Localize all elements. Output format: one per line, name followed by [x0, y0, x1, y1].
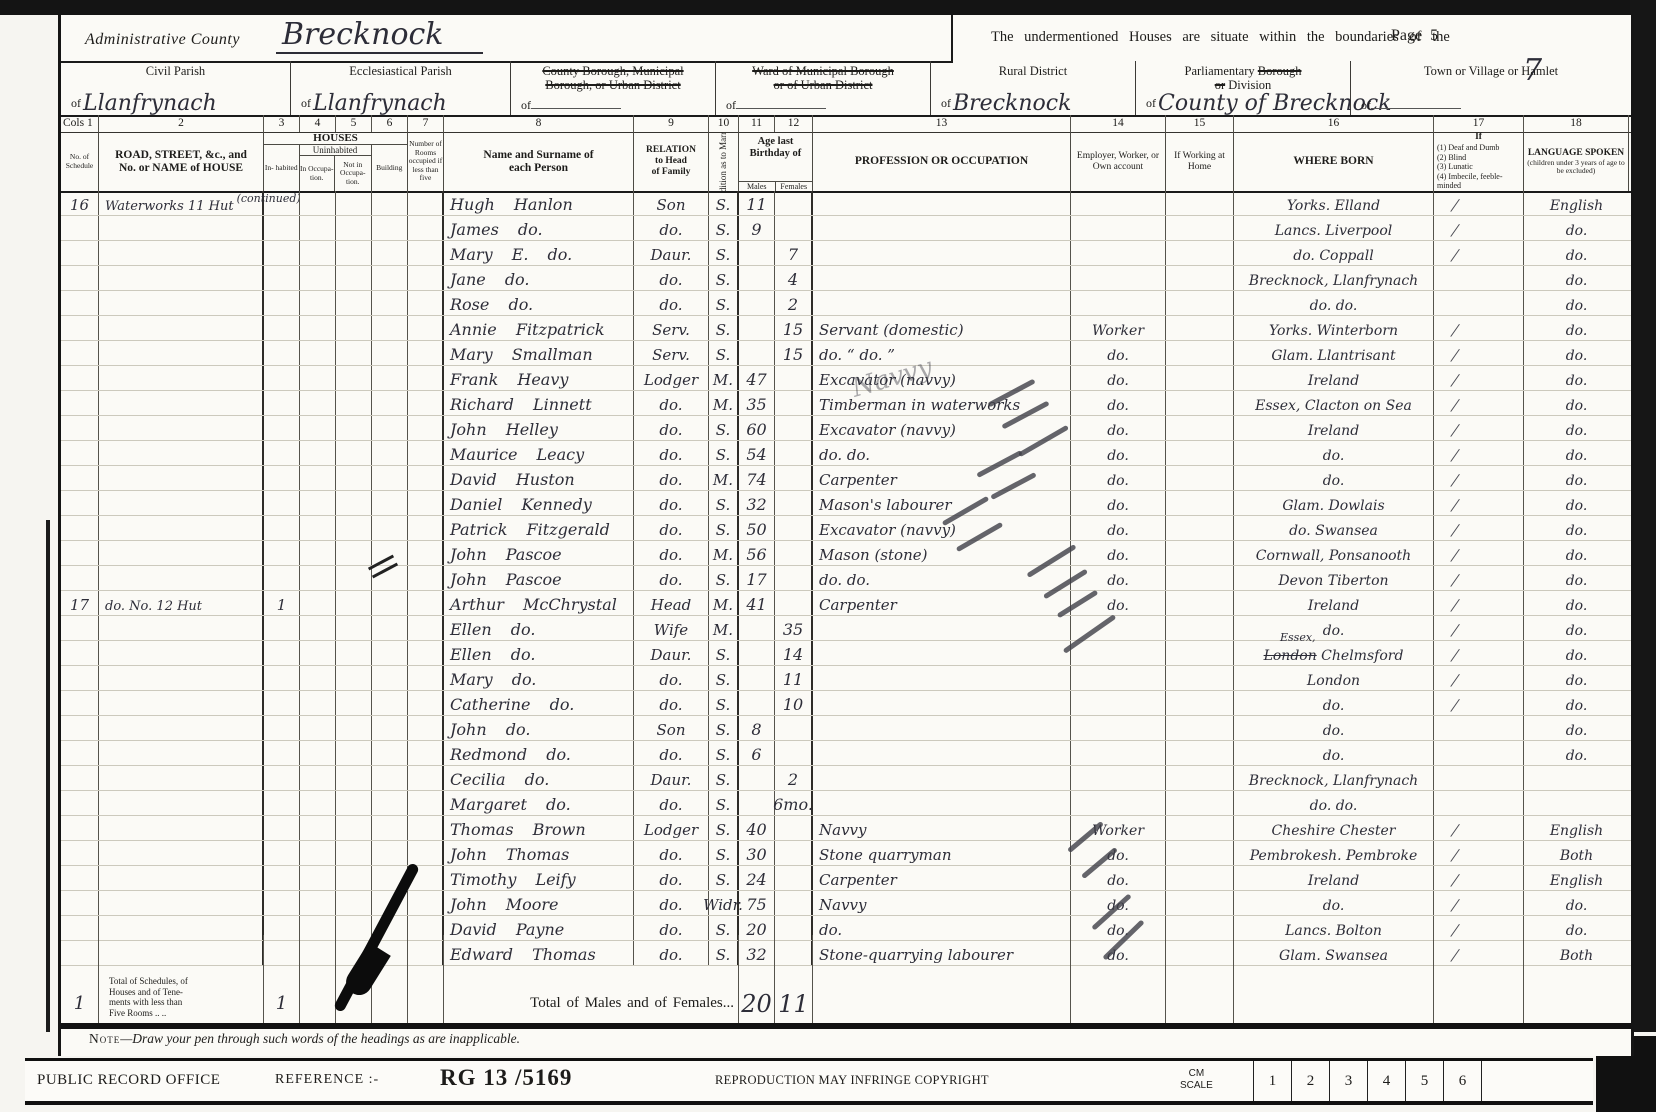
table-row: John Thomasdo.S.30Stone quarrymando.Pemb… — [61, 841, 1631, 866]
person-name: John Pascoe — [450, 545, 562, 564]
person-name: James do. — [450, 220, 543, 239]
profession: Excavator (navvy) — [819, 521, 956, 539]
enumerator-tick: / — [1439, 895, 1459, 915]
infirmity-items: (1) Deaf and Dumb(2) Blind(3) Lunatic(4)… — [1434, 143, 1523, 191]
column-numbers-row: Cols 123456789101112131415161718 — [61, 115, 1631, 133]
marital-condition: S. — [716, 671, 731, 689]
age-female: 4 — [788, 270, 798, 289]
marital-condition: S. — [716, 246, 731, 264]
table-body: 16Waterworks 11 Hut(continued)Hugh Hanlo… — [61, 191, 1631, 966]
profession: do. “ do. ” — [819, 346, 895, 364]
language-spoken: do. — [1566, 473, 1588, 489]
col-relation-header: RELATION to Head of Family — [634, 132, 709, 191]
total-females-value: 11 — [778, 990, 809, 1022]
col-language-header: LANGUAGE SPOKEN (children under 3 years … — [1524, 132, 1629, 191]
cm-scale-box: 3 — [1329, 1061, 1367, 1101]
enumerator-tick: / — [1439, 845, 1459, 865]
district-box: Parliamentary Boroughor DivisionofCounty… — [1136, 61, 1351, 115]
birthplace: do. — [1323, 623, 1345, 639]
age-male: 6 — [751, 745, 761, 764]
relation: do. — [659, 221, 682, 239]
relation: do. — [659, 571, 682, 589]
age-female: 15 — [783, 320, 803, 339]
language-spoken: do. — [1566, 423, 1588, 439]
relation: Wife — [654, 621, 688, 639]
profession: Excavator (navvy) — [819, 421, 956, 439]
table-row: Cecilia do.Daur.S.2Brecknock, Llanfrynac… — [61, 766, 1631, 791]
col-houses-header: HOUSES In- habited Uninhabited In Occupa… — [264, 132, 408, 191]
language-spoken: Both — [1560, 848, 1593, 864]
house-name: do. No. 12 Hut — [105, 599, 202, 614]
marital-condition: S. — [716, 646, 731, 664]
person-name: Ellen do. — [450, 620, 535, 639]
profession: Navvy — [819, 821, 867, 839]
table-row: Daniel Kennedydo.S.32Mason's labourerdo.… — [61, 491, 1631, 516]
scan-edge-left — [46, 520, 50, 1032]
scan-edge-top — [0, 0, 1656, 15]
relation: Head — [651, 596, 692, 614]
district-value: Llanfrynach — [83, 91, 217, 116]
birthplace: Essex, Clacton on Sea — [1255, 398, 1412, 414]
enumerator-tick: / — [1439, 670, 1459, 690]
person-name: Rose do. — [450, 295, 533, 314]
enumerator-tick: / — [1439, 495, 1459, 515]
person-name: John Pascoe — [450, 570, 562, 589]
column-number: 16 — [1234, 115, 1434, 132]
relation: do. — [659, 796, 682, 814]
table-row: Rose do.do.S.2do. do.do. — [61, 291, 1631, 316]
enumerator-tick: / — [1439, 445, 1459, 465]
district-box: Town or Village or Hamletof — [1351, 61, 1631, 115]
profession: do. do. — [819, 446, 870, 464]
birthplace: Brecknock, Llanfrynach — [1249, 773, 1418, 789]
table-row: John Pascoedo.S.17do. do.do.Devon Tibert… — [61, 566, 1631, 591]
table-row: Mary do.do.S.11London/do. — [61, 666, 1631, 691]
birthplace: do. — [1323, 898, 1345, 914]
column-number: 14 — [1071, 115, 1166, 132]
table-row: Catherine do.do.S.10do./do. — [61, 691, 1631, 716]
col-males-header: Males — [739, 182, 776, 191]
cm-scale-label: CMSCALE — [1180, 1068, 1213, 1092]
profession: do. do. — [819, 571, 870, 589]
table-row: Annie FitzpatrickServ.S.15Servant (domes… — [61, 316, 1631, 341]
relation: Daur. — [651, 771, 692, 789]
birthplace: Cornwall, Ponsanooth — [1256, 548, 1411, 564]
relation: Lodger — [644, 821, 698, 839]
column-number: Cols 1 — [61, 115, 99, 132]
person-name: Jane do. — [450, 270, 530, 289]
enumerator-tick: / — [1439, 645, 1459, 665]
district-box: Rural DistrictofBrecknock — [931, 61, 1136, 115]
marital-condition: S. — [716, 446, 731, 464]
age-male: 47 — [746, 370, 766, 389]
age-male: 35 — [746, 395, 766, 414]
enumerator-tick: / — [1439, 470, 1459, 490]
marital-condition: M. — [713, 546, 733, 564]
table-row: John Mooredo.Widr.75Navvydo.do./do. — [61, 891, 1631, 916]
person-name: Mary Smallman — [450, 345, 593, 364]
marital-condition: S. — [716, 521, 731, 539]
cm-scale-box: 1 — [1253, 1061, 1291, 1101]
reference-label: REFERENCE :- — [275, 1072, 379, 1088]
column-number: 7 — [408, 115, 444, 132]
marital-condition: S. — [716, 846, 731, 864]
person-name: Redmond do. — [450, 745, 571, 764]
enumerator-tick: / — [1439, 595, 1459, 615]
column-number: 4 — [300, 115, 336, 132]
birthplace: London — [1307, 673, 1360, 689]
person-name: Richard Linnett — [450, 395, 592, 414]
column-number: 17 — [1434, 115, 1524, 132]
enumerator-tick: / — [1439, 545, 1459, 565]
table-row: James do.do.S.9Lancs. Liverpool/do. — [61, 216, 1631, 241]
age-female: 35 — [783, 620, 803, 639]
enumerator-tick: / — [1439, 320, 1459, 340]
marital-condition: S. — [716, 271, 731, 289]
language-spoken: do. — [1566, 223, 1588, 239]
column-number: 11 — [739, 115, 775, 132]
person-name: John Helley — [450, 420, 558, 439]
table-row: Ellen do.Daur.S.14Essex,London Chelmsfor… — [61, 641, 1631, 666]
person-name: Thomas Brown — [450, 820, 586, 839]
profession: Mason's labourer — [819, 496, 952, 514]
cm-scale-box: 4 — [1367, 1061, 1405, 1101]
cm-scale-box-empty — [1481, 1061, 1601, 1101]
birthplace: do. — [1323, 473, 1345, 489]
language-spoken: do. — [1566, 723, 1588, 739]
age-male: 50 — [746, 520, 766, 539]
birthplace: Pembrokesh. Pembroke — [1250, 848, 1418, 864]
marital-condition: S. — [716, 796, 731, 814]
age-male: 54 — [746, 445, 766, 464]
person-name: John Moore — [450, 895, 559, 914]
age-female: 10 — [783, 695, 803, 714]
relation: do. — [659, 271, 682, 289]
district-box: County Borough, MunicipalBorough, or Urb… — [511, 61, 716, 115]
relation: Serv. — [652, 346, 690, 364]
schedule-number: 17 — [70, 596, 89, 614]
column-number: 2 — [99, 115, 264, 132]
age-male: 60 — [746, 420, 766, 439]
col-notinoccupation-header: Not in Occupa- tion. — [335, 156, 371, 191]
birthplace: Ireland — [1308, 598, 1359, 614]
marital-condition: S. — [716, 321, 731, 339]
marital-condition: S. — [716, 696, 731, 714]
table-row: David Hustondo.M.74Carpenterdo.do./do. — [61, 466, 1631, 491]
col-inhabited-header: In- habited — [264, 145, 300, 191]
language-spoken: English — [1550, 823, 1603, 839]
marital-condition: M. — [713, 371, 733, 389]
col-profession-header: PROFESSION OR OCCUPATION — [813, 132, 1071, 191]
marital-condition: M. — [713, 471, 733, 489]
birthplace: Ireland — [1308, 873, 1359, 889]
cm-scale-box: 6 — [1443, 1061, 1481, 1101]
enumerator-tick: / — [1439, 870, 1459, 890]
employer-status: do. — [1107, 598, 1129, 614]
age-female: 7 — [788, 245, 798, 264]
col-road-header: ROAD, STREET, &c., and No. or NAME of HO… — [99, 132, 264, 191]
enumerator-tick: / — [1439, 420, 1459, 440]
person-name: Mary E. do. — [450, 245, 572, 264]
col-condition-header: Condition as to Marriage — [709, 132, 739, 191]
age-female: 6mo. — [773, 795, 813, 814]
person-name: Ellen do. — [450, 645, 535, 664]
profession: Navvy — [819, 896, 867, 914]
language-spoken: do. — [1566, 398, 1588, 414]
relation: Lodger — [644, 371, 698, 389]
employer-status: do. — [1107, 573, 1129, 589]
total-males-value: 20 — [741, 990, 772, 1022]
birthplace: Cheshire Chester — [1272, 823, 1396, 839]
person-name: Maurice Leacy — [450, 445, 584, 464]
district-box: Ecclesiastical ParishofLlanfrynach — [291, 61, 511, 115]
birthplace: do. do. — [1310, 298, 1358, 314]
relation: do. — [659, 871, 682, 889]
birthplace: Chelmsford — [1317, 648, 1404, 664]
column-number: 10 — [709, 115, 739, 132]
enumerator-tick: / — [1439, 245, 1459, 265]
age-female: 15 — [783, 345, 803, 364]
language-spoken: do. — [1566, 298, 1588, 314]
marital-condition: S. — [716, 746, 731, 764]
column-number: 18 — [1524, 115, 1629, 132]
col-inoccupation-header: In Occupa- tion. — [300, 156, 336, 191]
relation: do. — [659, 521, 682, 539]
birthplace: Ireland — [1308, 423, 1359, 439]
marital-condition: S. — [716, 721, 731, 739]
column-number: 6 — [372, 115, 408, 132]
relation: Daur. — [651, 646, 692, 664]
enumerator-tick: / — [1439, 520, 1459, 540]
admin-county-value: Brecknock — [276, 17, 483, 54]
enumerator-tick: / — [1439, 395, 1459, 415]
profession: Stone quarryman — [819, 846, 952, 864]
birthplace: do. Swansea — [1289, 523, 1378, 539]
person-name: Frank Heavy — [450, 370, 568, 389]
admin-county-box: Administrative County Brecknock — [61, 15, 953, 63]
marital-condition: S. — [716, 221, 731, 239]
profession: Carpenter — [819, 871, 897, 889]
age-male: 74 — [746, 470, 766, 489]
marital-condition: S. — [716, 821, 731, 839]
relation: do. — [659, 446, 682, 464]
relation: do. — [659, 671, 682, 689]
birthplace: Glam. Dowlais — [1282, 498, 1384, 514]
column-number: 9 — [634, 115, 709, 132]
col-employer-header: Employer, Worker, or Own account — [1071, 132, 1166, 191]
age-male: 75 — [746, 895, 766, 914]
table-row: John Pascoedo.M.56Mason (stone)do.Cornwa… — [61, 541, 1631, 566]
person-name: Cecilia do. — [450, 770, 549, 789]
col-females-header: Females — [776, 182, 813, 191]
language-spoken: do. — [1566, 548, 1588, 564]
relation: do. — [659, 896, 682, 914]
birthplace: do. — [1323, 748, 1345, 764]
table-row: 16Waterworks 11 Hut(continued)Hugh Hanlo… — [61, 191, 1631, 216]
person-name: Hugh Hanlon — [450, 195, 573, 214]
table-row: John do.SonS.8do.do. — [61, 716, 1631, 741]
relation: Son — [657, 196, 686, 214]
marital-condition: S. — [716, 346, 731, 364]
column-number: 8 — [444, 115, 634, 132]
employer-status: do. — [1107, 348, 1129, 364]
enumerator-tick: / — [1439, 220, 1459, 240]
person-name: Margaret do. — [450, 795, 571, 814]
language-spoken: do. — [1566, 348, 1588, 364]
birthplace: do. do. — [1310, 798, 1358, 814]
boundary-statement: The undermentioned Houses are situate wi… — [991, 29, 1450, 46]
language-spoken: do. — [1566, 273, 1588, 289]
language-spoken: do. — [1566, 598, 1588, 614]
employer-status: do. — [1107, 423, 1129, 439]
relation: do. — [659, 421, 682, 439]
age-male: 56 — [746, 545, 766, 564]
column-number: 5 — [336, 115, 372, 132]
age-male: 8 — [751, 720, 761, 739]
table-row: Ellen do.WifeM.35do./do. — [61, 616, 1631, 641]
person-name: Arthur McChrystal — [450, 595, 617, 614]
marital-condition: S. — [716, 496, 731, 514]
totals-row: 1 Total of Schedules, of Houses and of T… — [61, 935, 1631, 1029]
total-schedules-note: Total of Schedules, of Houses and of Ten… — [105, 950, 190, 1022]
column-number: 12 — [775, 115, 813, 132]
total-schedules-value: 1 — [74, 993, 85, 1022]
table-row: Patrick Fitzgeralddo.S.50Excavator (navv… — [61, 516, 1631, 541]
cm-scale-box: 5 — [1405, 1061, 1443, 1101]
birthplace: do. — [1323, 448, 1345, 464]
language-spoken: English — [1550, 198, 1603, 214]
enumerator-tick: / — [1439, 370, 1459, 390]
enumerator-tick: / — [1439, 695, 1459, 715]
col-schedule-header: No. of Schedule — [61, 132, 99, 191]
language-spoken: do. — [1566, 648, 1588, 664]
employer-status: do. — [1107, 448, 1129, 464]
relation: do. — [659, 846, 682, 864]
marital-condition: S. — [716, 421, 731, 439]
birthplace: do. Coppall — [1293, 248, 1373, 264]
marital-condition: M. — [713, 596, 733, 614]
cm-scale-box: 2 — [1291, 1061, 1329, 1101]
person-name: Mary do. — [450, 670, 536, 689]
marital-condition: Widr. — [703, 896, 743, 914]
relation: do. — [659, 296, 682, 314]
district-row: Civil ParishofLlanfrynachEcclesiastical … — [61, 61, 1631, 117]
person-name: John Thomas — [450, 845, 569, 864]
col-infirmity-header: If (1) Deaf and Dumb(2) Blind(3) Lunatic… — [1434, 132, 1524, 191]
person-name: Timothy Leify — [450, 870, 576, 889]
employer-status: do. — [1107, 523, 1129, 539]
profession: Carpenter — [819, 596, 897, 614]
total-inhabited-value: 1 — [276, 993, 287, 1022]
house-name: Waterworks 11 Hut — [105, 199, 234, 214]
district-value: Brecknock — [953, 91, 1071, 116]
person-name: John do. — [450, 720, 530, 739]
cm-scale-boxes: 123456 — [1253, 1061, 1601, 1101]
employer-status: Worker — [1092, 323, 1144, 339]
age-female: 14 — [783, 645, 803, 664]
person-name: David Huston — [450, 470, 575, 489]
census-form-page: Administrative County Brecknock The unde… — [58, 15, 1634, 1056]
column-number: 15 — [1166, 115, 1234, 132]
born-correction: Essex, — [1280, 631, 1316, 644]
employer-status: do. — [1107, 473, 1129, 489]
column-number: 13 — [813, 115, 1071, 132]
age-male: 32 — [746, 495, 766, 514]
marital-condition: M. — [713, 396, 733, 414]
age-male: 11 — [746, 195, 766, 214]
table-row: Thomas BrownLodgerS.40NavvyWorkerCheshir… — [61, 816, 1631, 841]
language-spoken: do. — [1566, 898, 1588, 914]
language-spoken: do. — [1566, 523, 1588, 539]
enumerator-tick: / — [1439, 345, 1459, 365]
age-male: 9 — [751, 220, 761, 239]
table-row: John Helleydo.S.60Excavator (navvy)do.Ir… — [61, 416, 1631, 441]
profession: Servant (domestic) — [819, 321, 964, 339]
language-spoken: do. — [1566, 498, 1588, 514]
age-male: 40 — [746, 820, 766, 839]
marital-condition: S. — [716, 571, 731, 589]
profession: Mason (stone) — [819, 546, 927, 564]
table-row: Timothy Leifydo.S.24Carpenterdo.Ireland/… — [61, 866, 1631, 891]
relation: do. — [659, 746, 682, 764]
relation: Daur. — [651, 246, 692, 264]
employer-status: do. — [1107, 373, 1129, 389]
table-row: Richard Linnettdo.M.35Timberman in water… — [61, 391, 1631, 416]
table-row: Maurice Leacydo.S.54do. do.do.do./do. — [61, 441, 1631, 466]
age-male: 24 — [746, 870, 766, 889]
birthplace: Lancs. Liverpool — [1275, 223, 1393, 239]
inhabited-mark: 1 — [277, 596, 287, 614]
table-row: Redmond do.do.S.6do.do. — [61, 741, 1631, 766]
col-rooms-header: Number of Rooms occupied if less than fi… — [408, 132, 444, 191]
language-spoken: do. — [1566, 623, 1588, 639]
relation: Serv. — [652, 321, 690, 339]
record-office-label: PUBLIC RECORD OFFICE — [37, 1072, 220, 1089]
col-age-header: Age last Birthday of Males Females — [739, 132, 813, 191]
language-spoken: do. — [1566, 373, 1588, 389]
person-name: Catherine do. — [450, 695, 574, 714]
col-whereborn-header: WHERE BORN — [1234, 132, 1434, 191]
language-spoken: do. — [1566, 323, 1588, 339]
language-spoken: English — [1550, 873, 1603, 889]
birthplace: do. — [1323, 723, 1345, 739]
marital-condition: S. — [716, 196, 731, 214]
age-male: 17 — [746, 570, 766, 589]
table-row: Jane do.do.S.4Brecknock, Llanfrynachdo. — [61, 266, 1631, 291]
table-header-row: No. of Schedule ROAD, STREET, &c., and N… — [61, 132, 1631, 193]
enumerator-tick: / — [1439, 195, 1459, 215]
col-uninhabited-header: Uninhabited In Occupa- tion. Not in Occu… — [300, 145, 372, 191]
birthplace: Brecknock, Llanfrynach — [1249, 273, 1418, 289]
reference-value: RG 13 /5169 — [440, 1065, 572, 1091]
totals-label: Total of Males and of Females... — [444, 995, 738, 1022]
age-female: 2 — [788, 295, 798, 314]
enumerator-tick: / — [1439, 820, 1459, 840]
marital-condition: S. — [716, 771, 731, 789]
person-name: Patrick Fitzgerald — [450, 520, 610, 539]
col-name-header: Name and Surname of each Person — [444, 132, 634, 191]
footnote: Note—Draw your pen through such words of… — [89, 1031, 520, 1047]
relation: do. — [659, 396, 682, 414]
profession: Carpenter — [819, 471, 897, 489]
table-row: Mary SmallmanServ.S.15do. “ do. ”do.Glam… — [61, 341, 1631, 366]
language-spoken: do. — [1566, 248, 1588, 264]
enumerator-tick: / — [1439, 570, 1459, 590]
table-row: Frank HeavyLodgerM.47Excavator (navvy)do… — [61, 366, 1631, 391]
marital-condition: S. — [716, 296, 731, 314]
employer-status: do. — [1107, 548, 1129, 564]
person-name: Daniel Kennedy — [450, 495, 592, 514]
